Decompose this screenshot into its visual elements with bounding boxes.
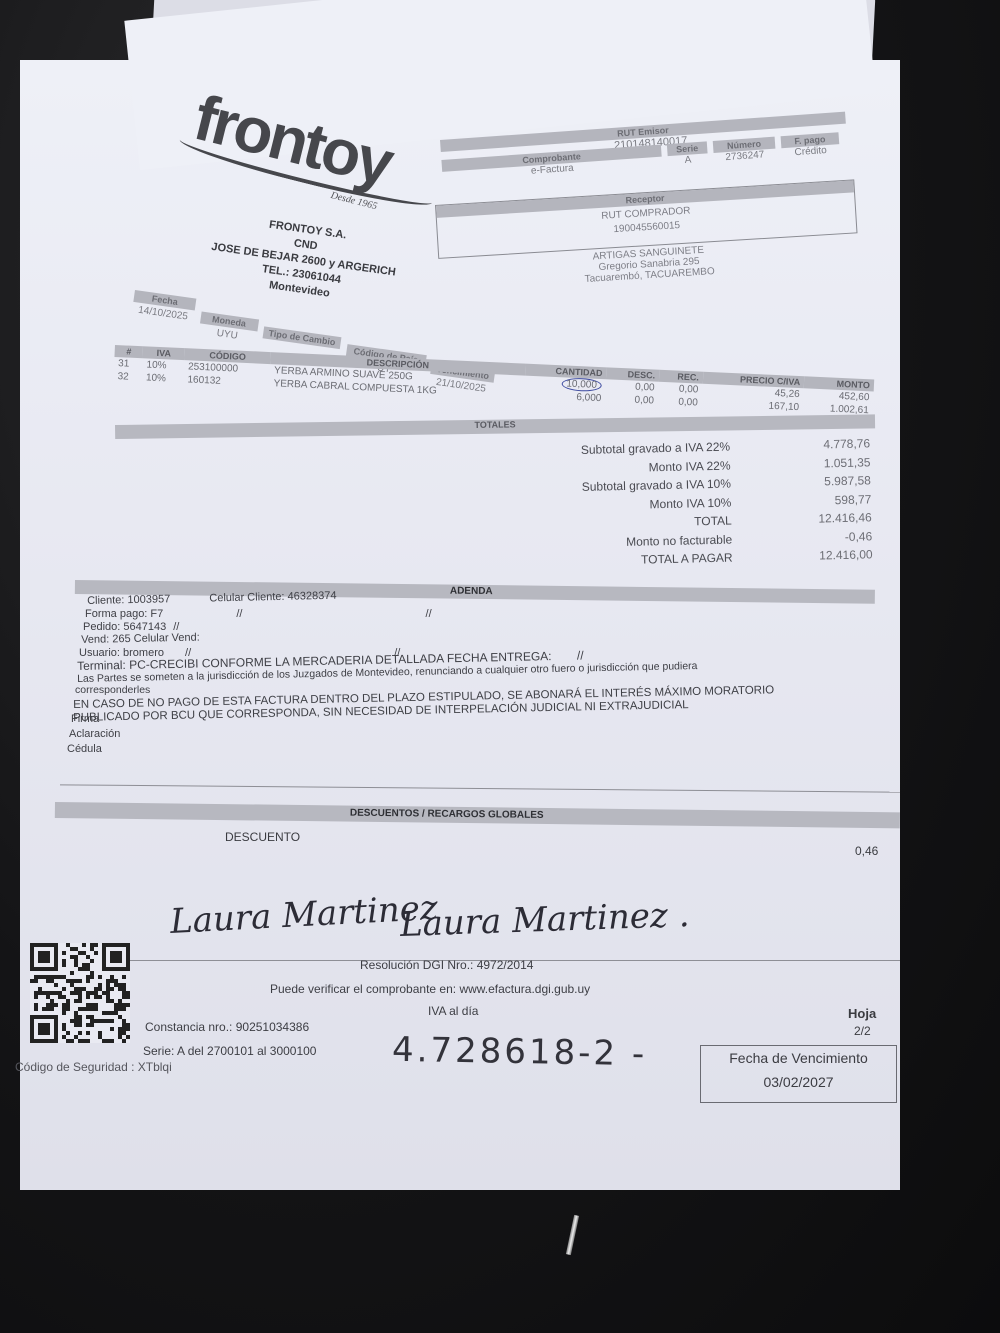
- firma-label: Firma: [71, 713, 901, 726]
- cedula-label: Cédula: [67, 743, 897, 756]
- item-codigo-text: 253100000: [188, 361, 239, 374]
- totales-value: 12.416,00: [762, 547, 872, 568]
- iva-al-dia: IVA al día: [428, 1004, 478, 1018]
- fecha-vencimiento-box: Fecha de Vencimiento 03/02/2027: [700, 1045, 897, 1103]
- adenda-block: Cliente: 1003957 Celular Cliente: 463283…: [65, 595, 895, 756]
- item-desc-text: 0,00: [634, 395, 654, 407]
- item-n: 32: [113, 370, 142, 384]
- item-precio-text: 167,10: [768, 401, 799, 413]
- serie-value: A: [668, 153, 709, 167]
- qr-code-icon[interactable]: [30, 943, 130, 1043]
- constancia-nro: Constancia nro.: 90251034386: [145, 1020, 309, 1034]
- item-iva-text: 10%: [146, 372, 166, 384]
- codigo-seguridad: Código de Seguridad : XTblqi: [15, 1060, 172, 1074]
- totales-block: Subtotal gravado a IVA 22%4.778,76Monto …: [490, 436, 873, 574]
- item-monto-text: 452,60: [839, 391, 870, 403]
- fecha-vencimiento-value: 03/02/2027: [701, 1074, 896, 1090]
- item-iva: 10%: [142, 371, 184, 386]
- item-iva-text: 10%: [146, 359, 166, 371]
- totales-value: -0,46: [762, 529, 872, 550]
- pedido-text: Pedido: 5647143: [83, 621, 166, 633]
- item-cantidad: 6,000: [523, 389, 605, 406]
- totales-title-bar: TOTALES: [115, 414, 875, 439]
- fecha-vencimiento-label: Fecha de Vencimiento: [701, 1050, 896, 1066]
- signature-2: Laura Martinez .: [399, 895, 690, 945]
- serie-rango: Serie: A del 2700101 al 3000100: [143, 1044, 316, 1058]
- signature-1: Laura Martinez: [169, 888, 439, 942]
- separator: //: [236, 608, 242, 620]
- separator: //: [426, 608, 432, 620]
- totales-value: 1.051,35: [760, 455, 870, 476]
- item-n-text: 31: [118, 358, 130, 369]
- item-desc-text: 0,00: [635, 382, 655, 394]
- item-rec-text: 0,00: [678, 397, 698, 409]
- item-rec: 0,00: [658, 395, 702, 410]
- item-precio-text: 45,26: [774, 388, 800, 400]
- cliente-text: Cliente: 1003957: [87, 593, 170, 607]
- celular-cliente-text: Celular Cliente: 46328374: [209, 590, 336, 605]
- totales-value: 4.778,76: [760, 436, 870, 457]
- item-rec-text: 0,00: [679, 384, 699, 396]
- totales-value: 12.416,46: [762, 510, 872, 531]
- item-n: 31: [114, 357, 143, 371]
- staple-icon: [566, 1215, 579, 1255]
- descuentos-title-bar: DESCUENTOS / RECARGOS GLOBALES: [55, 802, 900, 828]
- invoice-paper: frontoy Desde 1965 FRONTOY S.A. CND JOSE…: [20, 60, 900, 1190]
- section-divider: [60, 784, 900, 792]
- totales-value: 598,77: [761, 492, 871, 513]
- handwritten-number: 4.728618-2 -: [392, 1030, 648, 1074]
- separator: //: [577, 648, 584, 662]
- aclaracion-label: Aclaración: [69, 728, 899, 741]
- item-desc: 0,00: [605, 392, 658, 407]
- tipo-cambio-label: Tipo de Cambio: [263, 326, 342, 349]
- hoja-value: 2/2: [854, 1024, 871, 1038]
- emisor-block: FRONTOY S.A. CND JOSE DE BEJAR 2600 y AR…: [170, 205, 438, 315]
- receptor-block: Receptor RUT COMPRADOR 190045560015 ARTI…: [435, 179, 860, 293]
- resolucion-dgi: Resolución DGI Nro.: 4972/2014: [360, 958, 533, 972]
- totales-value: 5.987,58: [761, 473, 871, 494]
- item-codigo-text: 160132: [187, 374, 221, 387]
- descuento-value: 0,46: [855, 844, 878, 858]
- item-codigo: 160132: [183, 373, 270, 390]
- descuento-label: DESCUENTO: [225, 830, 300, 844]
- forma-pago-text: Forma pago: F7: [85, 608, 163, 620]
- item-n-text: 32: [117, 371, 129, 382]
- item-cantidad-text: 6,000: [576, 392, 602, 404]
- descuentos-title: DESCUENTOS / RECARGOS GLOBALES: [350, 808, 544, 821]
- hoja-label: Hoja: [848, 1006, 876, 1021]
- totales-title: TOTALES: [474, 419, 515, 430]
- verificar-comprobante-link[interactable]: Puede verificar el comprobante en: www.e…: [270, 982, 590, 996]
